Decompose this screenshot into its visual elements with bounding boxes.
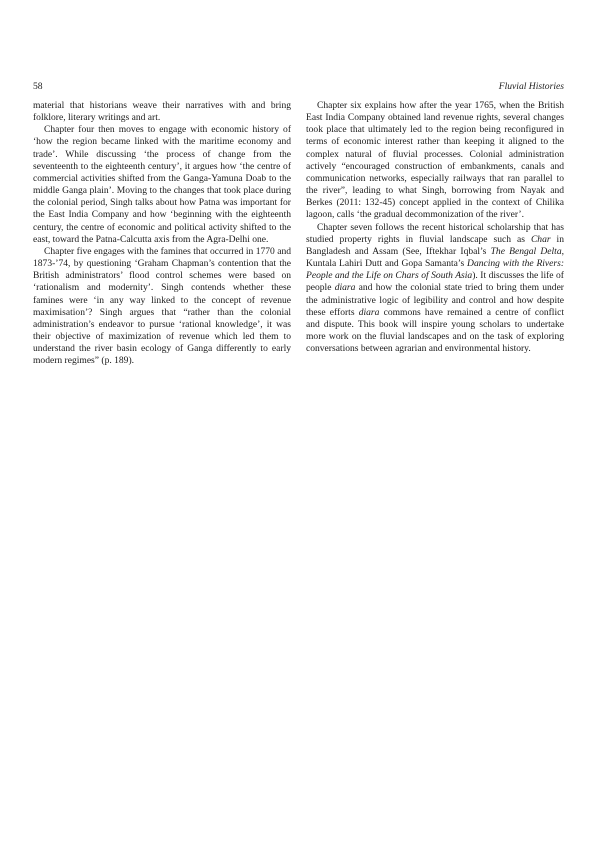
page-number: 58	[33, 81, 43, 92]
paragraph-chapter-seven: Chapter seven follows the recent histori…	[306, 222, 564, 356]
paragraph-chapter-six: Chapter six explains how after the year …	[306, 100, 564, 222]
text-run: Chapter seven follows the recent histori…	[306, 222, 564, 245]
italic-term-char: Char	[531, 234, 551, 245]
book-title-bengal-delta: The Bengal Delta	[491, 246, 562, 257]
italic-term-diara: diara	[335, 282, 356, 293]
running-title: Fluvial Histories	[499, 81, 564, 92]
body-columns: material that historians weave their nar…	[33, 100, 564, 367]
italic-term-diara: diara	[359, 307, 380, 318]
left-column: material that historians weave their nar…	[33, 100, 291, 367]
paragraph-chapter-five: Chapter five engages with the famines th…	[33, 246, 291, 368]
right-column: Chapter six explains how after the year …	[306, 100, 564, 367]
journal-page: 58 Fluvial Histories material that histo…	[0, 0, 595, 841]
paragraph-chapter-four: Chapter four then moves to engage with e…	[33, 124, 291, 246]
paragraph-continued: material that historians weave their nar…	[33, 100, 291, 124]
running-head: 58 Fluvial Histories	[33, 81, 564, 95]
